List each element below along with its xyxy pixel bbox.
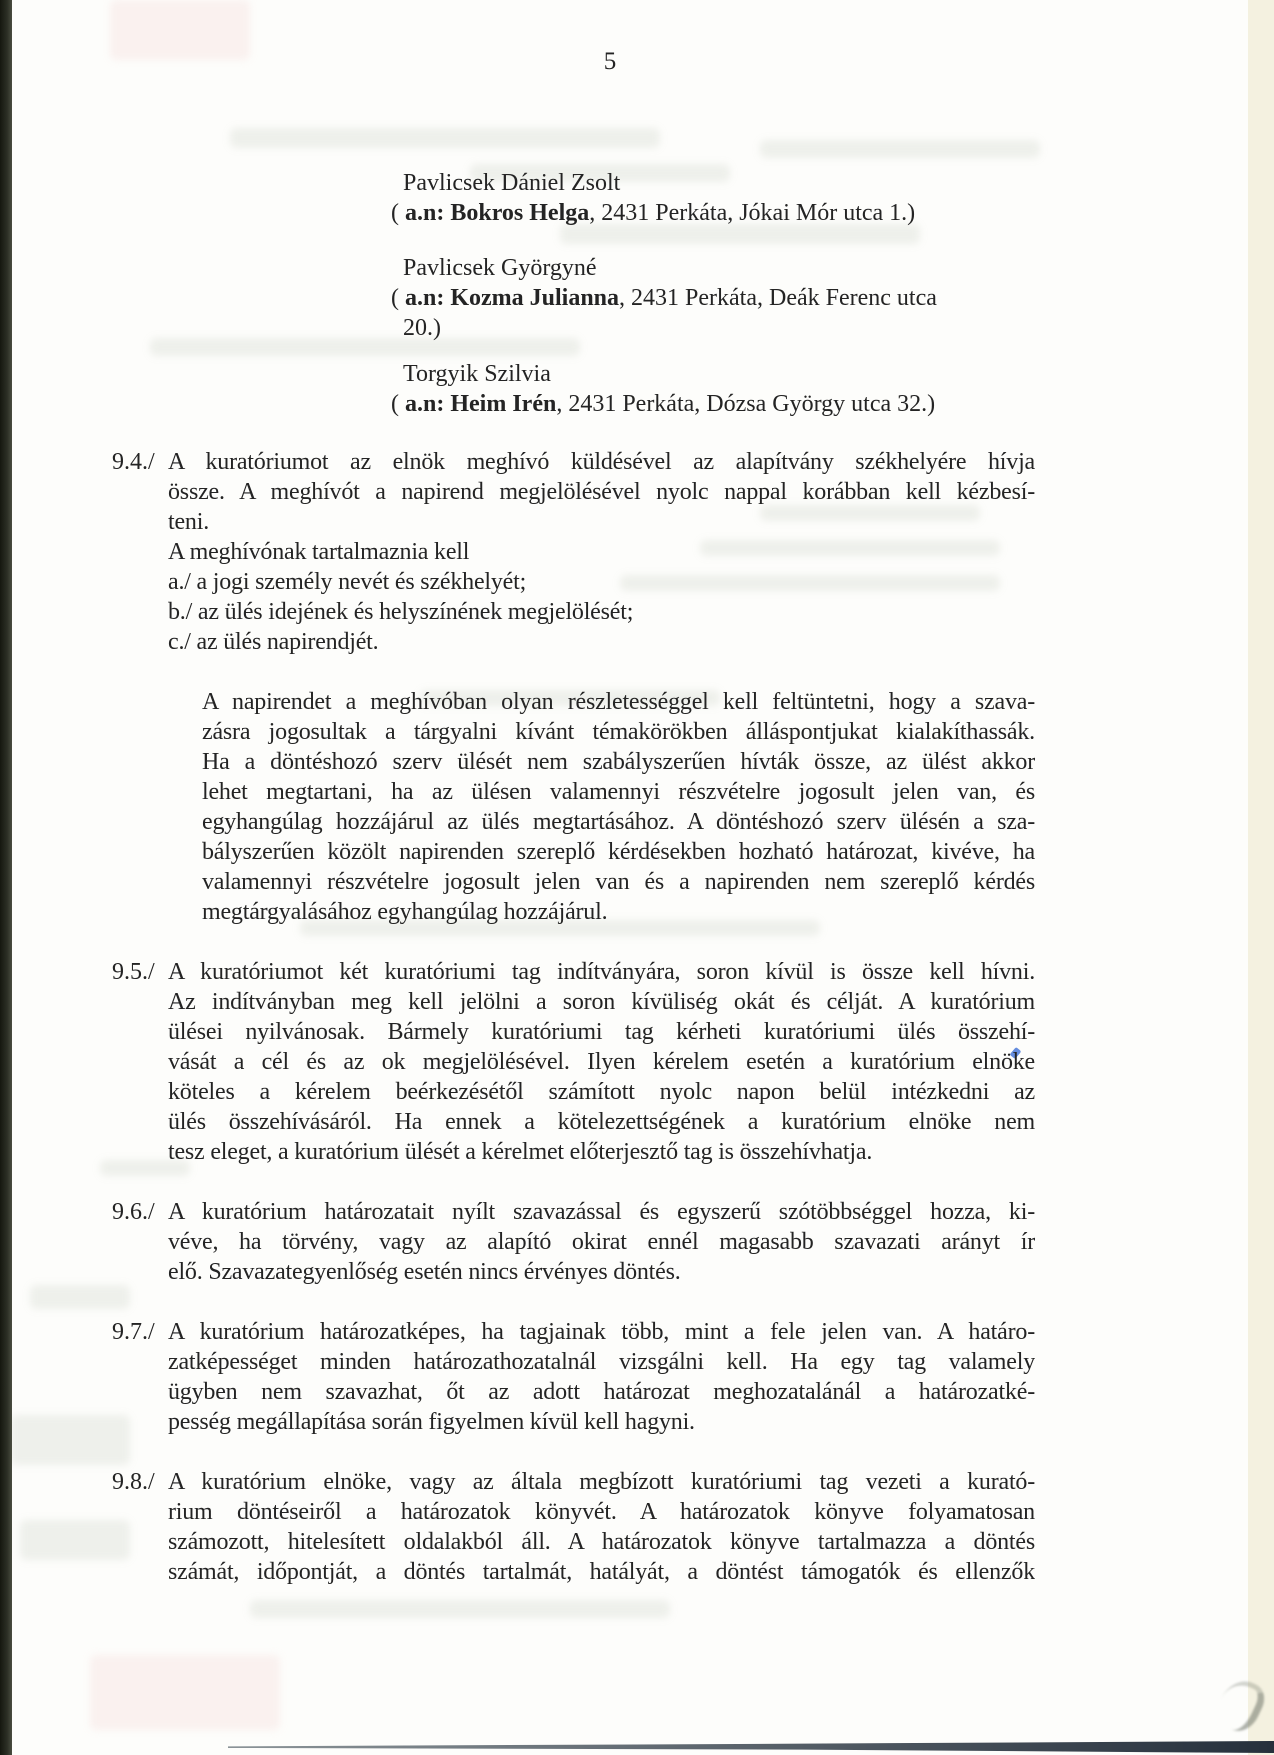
member-address-overflow: 20.): [403, 313, 1063, 343]
text-line: Ha a döntéshozó szerv ülését nem szabály…: [202, 747, 1035, 777]
text-line: A kuratóriumot az elnök meghívó küldésév…: [168, 447, 1035, 477]
member-address: , 2431 Perkáta, Jókai Mór utca 1.): [589, 200, 915, 226]
section-body: A kuratórium határozatképes, ha tagjaina…: [168, 1317, 1035, 1437]
paragraph-block: A napirendet a meghívóban olyan részlete…: [168, 687, 1035, 927]
paragraph-block: A kuratórium határozatképes, ha tagjaina…: [168, 1317, 1035, 1437]
section-body: A kuratóriumot az elnök meghívó küldésév…: [168, 447, 1035, 927]
text-line: tesz eleget, a kuratórium ülését a kérel…: [168, 1137, 1035, 1167]
paren-open: (: [391, 200, 405, 226]
section-number: 9.4./: [112, 447, 168, 927]
text-line: megtárgyalásához egyhangúlag hozzájárul.: [202, 897, 1035, 927]
section-9.7.: 9.7./A kuratórium határozatképes, ha tag…: [112, 1317, 1035, 1437]
text-line: A kuratóriumot két kuratóriumi tag indít…: [168, 957, 1035, 987]
text-line: egyhangúlag hozzájárul az ülés megtartás…: [202, 807, 1035, 837]
text-line: vását a cél és az ok megjelölésével. Ily…: [168, 1047, 1035, 1077]
paren-open: (: [391, 391, 405, 417]
section-9.5.: 9.5./A kuratóriumot két kuratóriumi tag …: [112, 957, 1035, 1167]
section-number: 9.6./: [112, 1197, 168, 1287]
scan-bottom-line-artifact: [228, 1741, 1274, 1753]
page-number: 5: [560, 48, 660, 76]
text-line: véve, ha törvény, vagy az alapító okirat…: [168, 1227, 1035, 1257]
section-number: 9.8./: [112, 1467, 168, 1587]
text-line: A napirendet a meghívóban olyan részlete…: [202, 687, 1035, 717]
text-line: valamennyi részvételre jogosult jelen va…: [202, 867, 1035, 897]
text-line: ülései nyilvánosak. Bármely kuratóriumi …: [168, 1017, 1035, 1047]
paragraph-block: A kuratórium határozatait nyílt szavazás…: [168, 1197, 1035, 1287]
text-line: a./ a jogi személy nevét és székhelyét;: [168, 567, 1035, 597]
section-9.8.: 9.8./A kuratórium elnöke, vagy az általa…: [112, 1467, 1035, 1587]
mother-name: a.n: Bokros Helga: [405, 200, 589, 226]
scan-smudge: [110, 0, 250, 60]
section-9.6.: 9.6./A kuratórium határozatait nyílt sza…: [112, 1197, 1035, 1287]
member-entry: Torgyik Szilvia( a.n: Heim Irén, 2431 Pe…: [403, 359, 1063, 419]
member-name: Pavlicsek Dániel Zsolt: [403, 168, 1063, 198]
text-line: teni.: [168, 507, 1035, 537]
text-line: elő. Szavazategyenlőség esetén nincs érv…: [168, 1257, 1035, 1287]
scan-smudge: [230, 128, 660, 148]
member-details: ( a.n: Bokros Helga, 2431 Perkáta, Jókai…: [403, 198, 1063, 228]
document-page: 5 Pavlicsek Dániel Zsolt( a.n: Bokros He…: [0, 0, 1274, 1755]
member-list: Pavlicsek Dániel Zsolt( a.n: Bokros Helg…: [403, 168, 1063, 444]
section-body: A kuratórium határozatait nyílt szavazás…: [168, 1197, 1035, 1287]
member-details: ( a.n: Kozma Julianna, 2431 Perkáta, Deá…: [403, 283, 1063, 313]
text-line: bályszerűen közölt napirenden szereplő k…: [202, 837, 1035, 867]
text-line: Az indítványban meg kell jelölni a soron…: [168, 987, 1035, 1017]
mother-name: a.n: Kozma Julianna: [405, 285, 619, 311]
text-line: össze. A meghívót a napirend megjelölésé…: [168, 477, 1035, 507]
section-number: 9.5./: [112, 957, 168, 1167]
member-name: Pavlicsek Györgyné: [403, 253, 1063, 283]
member-address: , 2431 Perkáta, Deák Ferenc utca: [619, 285, 937, 311]
text-line: zatképességet minden határozathozatalnál…: [168, 1347, 1035, 1377]
text-line: köteles a kérelem beérkezésétől számítot…: [168, 1077, 1035, 1107]
text-line: lehet megtartani, ha az ülésen valamenny…: [202, 777, 1035, 807]
scan-smudge: [760, 140, 1040, 158]
member-details: ( a.n: Heim Irén, 2431 Perkáta, Dózsa Gy…: [403, 389, 1063, 419]
text-line: ügyben nem szavazhat, őt az adott határo…: [168, 1377, 1035, 1407]
paragraph-block: A kuratóriumot két kuratóriumi tag indít…: [168, 957, 1035, 1167]
text-line: c./ az ülés napirendjét.: [168, 627, 1035, 657]
text-line: A kuratórium határozatait nyílt szavazás…: [168, 1197, 1035, 1227]
member-name: Torgyik Szilvia: [403, 359, 1063, 389]
text-line: A kuratórium határozatképes, ha tagjaina…: [168, 1317, 1035, 1347]
scan-smudge: [90, 1655, 280, 1730]
member-entry: Pavlicsek Dániel Zsolt( a.n: Bokros Helg…: [403, 168, 1063, 228]
text-line: A kuratórium elnöke, vagy az általa megb…: [168, 1467, 1035, 1497]
text-line: pesség megállapítása során figyelmen kív…: [168, 1407, 1035, 1437]
text-line: számát, időpontját, a döntés tartalmát, …: [168, 1557, 1035, 1587]
section-body: A kuratóriumot két kuratóriumi tag indít…: [168, 957, 1035, 1167]
text-line: A meghívónak tartalmaznia kell: [168, 537, 1035, 567]
scan-edge-strip: [1248, 0, 1274, 1755]
paragraph-block: A kuratóriumot az elnök meghívó küldésév…: [168, 447, 1035, 537]
text-line: számozott, hitelesített oldalakból áll. …: [168, 1527, 1035, 1557]
section-9.4.: 9.4./A kuratóriumot az elnök meghívó kül…: [112, 447, 1035, 927]
paren-open: (: [391, 285, 405, 311]
paragraph-block: A meghívónak tartalmaznia kella./ a jogi…: [168, 537, 1035, 657]
text-line: ülés összehívásáról. Ha ennek a köteleze…: [168, 1107, 1035, 1137]
section-body: A kuratórium elnöke, vagy az általa megb…: [168, 1467, 1035, 1587]
member-entry: Pavlicsek Györgyné( a.n: Kozma Julianna,…: [403, 253, 1063, 343]
paragraph-block: A kuratórium elnöke, vagy az általa megb…: [168, 1467, 1035, 1587]
text-line: rium döntéseiről a határozatok könyvét. …: [168, 1497, 1035, 1527]
scan-edge-bar: [0, 0, 12, 1755]
section-number: 9.7./: [112, 1317, 168, 1437]
mother-name: a.n: Heim Irén: [405, 391, 556, 417]
text-line: b./ az ülés idejének és helyszínének meg…: [168, 597, 1035, 627]
text-line: zásra jogosultak a tárgyalni kívánt téma…: [202, 717, 1035, 747]
member-address: , 2431 Perkáta, Dózsa György utca 32.): [556, 391, 935, 417]
section-list: 9.4./A kuratóriumot az elnök meghívó kül…: [112, 447, 1035, 1617]
